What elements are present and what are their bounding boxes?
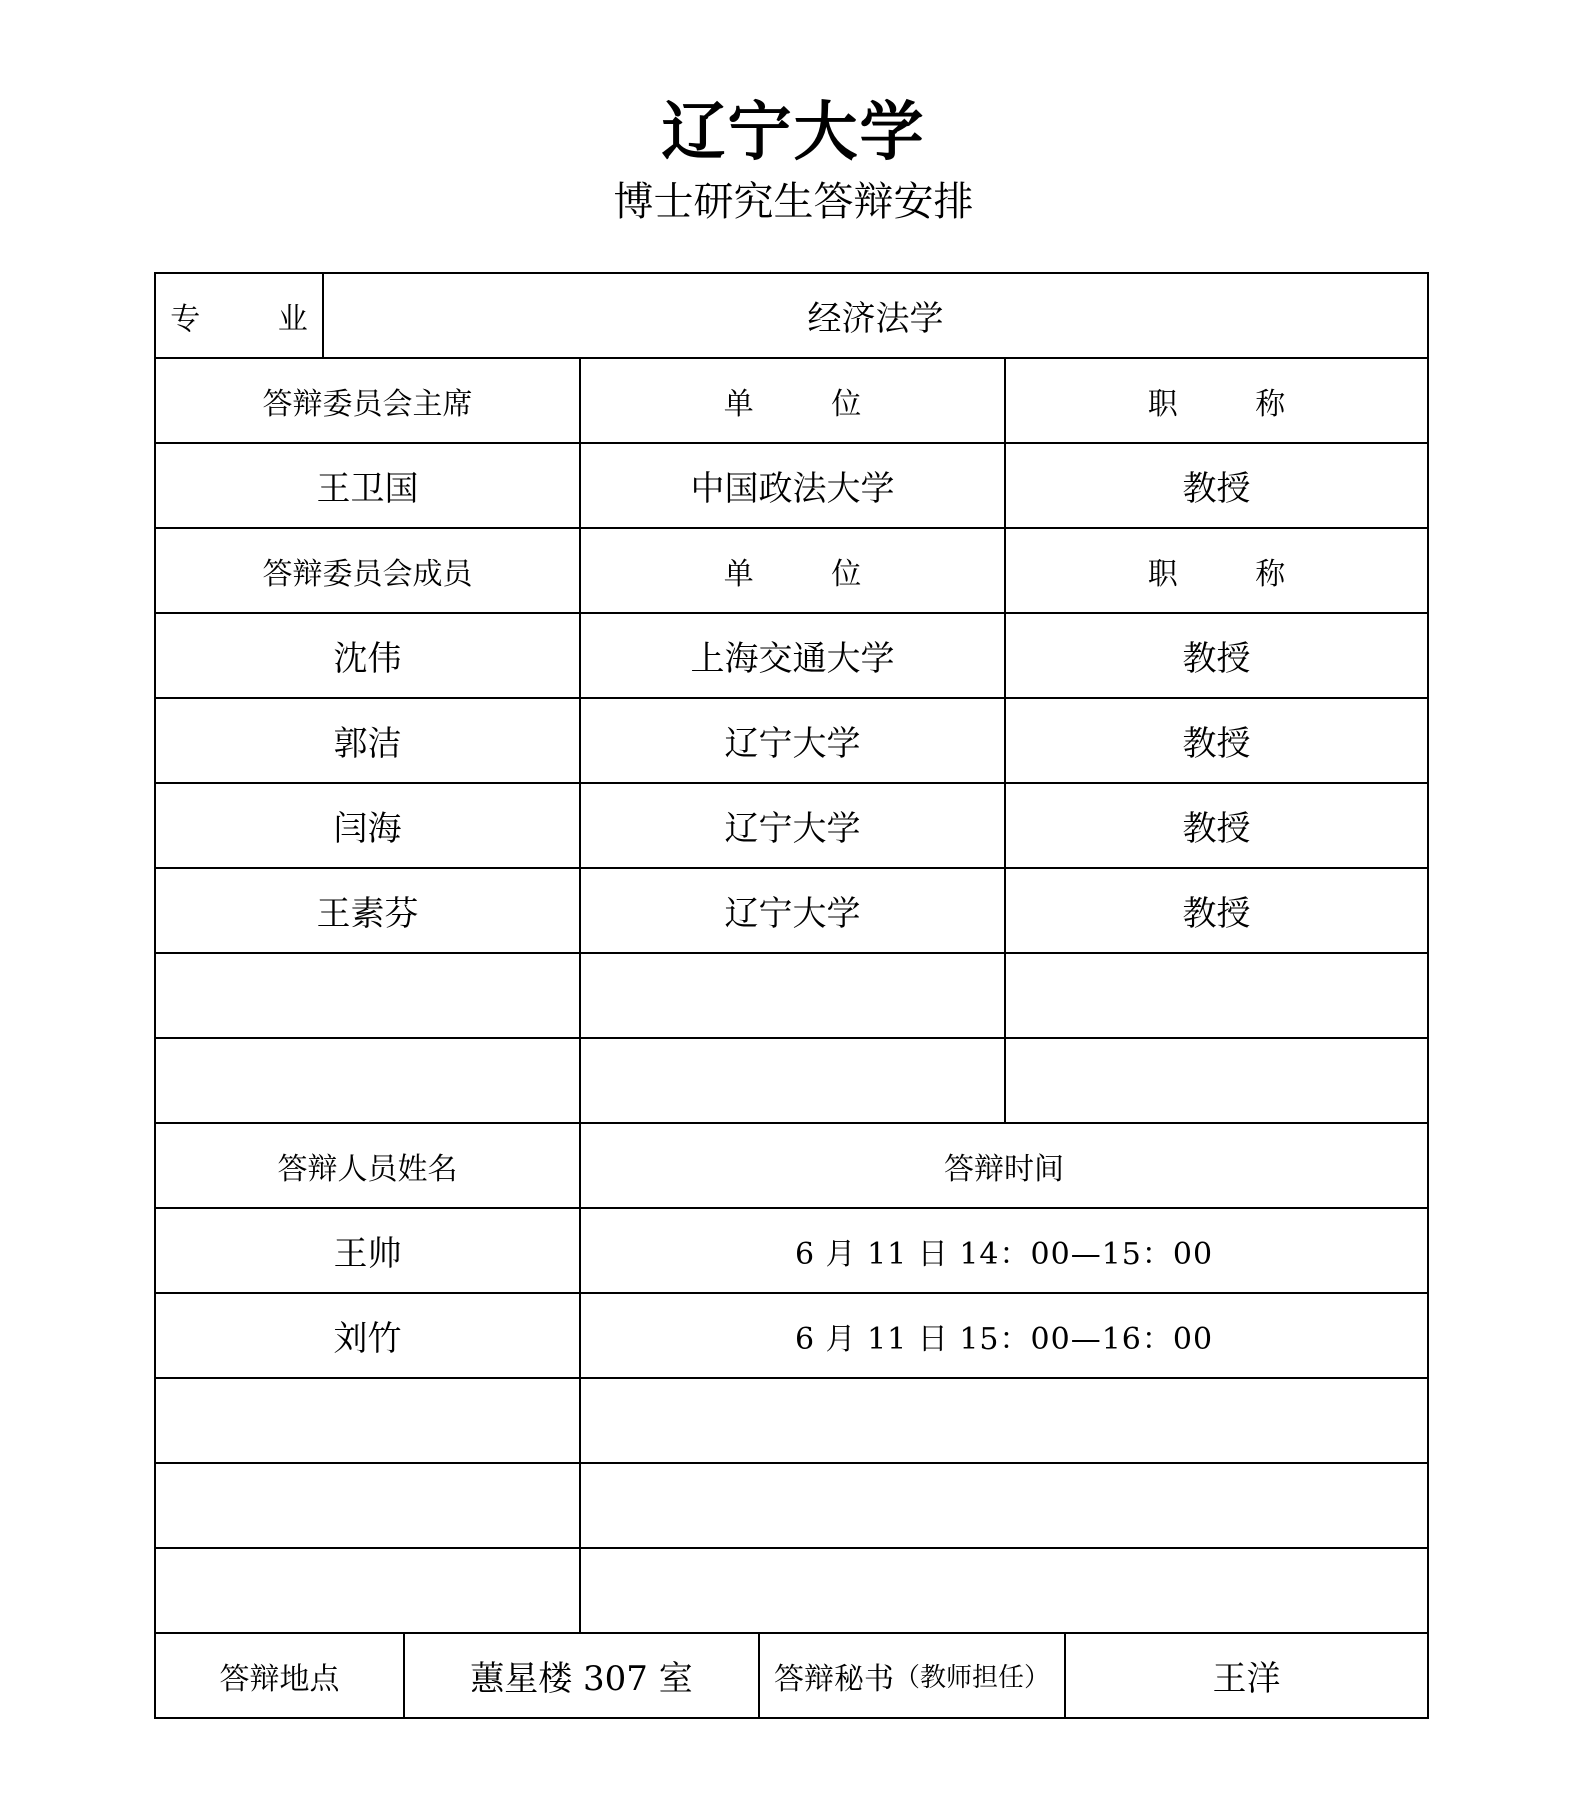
members-header-unit: 单 位: [581, 529, 1006, 614]
member-unit: 辽宁大学: [581, 869, 1006, 954]
defense-row-empty: [156, 1549, 1429, 1634]
defense-row: 王帅 6 月 11 日 14：00—15：00: [156, 1209, 1429, 1294]
chair-header-title: 职 称: [1006, 359, 1429, 444]
members-header-title: 职 称: [1006, 529, 1429, 614]
defense-schedule-table: 专 业 经济法学 答辩委员会主席 单 位 职 称 王卫国 中国政法大学 教授 答…: [154, 272, 1429, 1719]
defense-header-time: 答辩时间: [581, 1124, 1429, 1209]
member-title: [1006, 954, 1429, 1039]
defense-candidate-name: [156, 1549, 581, 1634]
member-name: [156, 954, 581, 1039]
member-unit: 辽宁大学: [581, 699, 1006, 784]
member-title: 教授: [1006, 699, 1429, 784]
location-value: 蕙星楼 307 室: [405, 1634, 760, 1719]
chair-header-unit: 单 位: [581, 359, 1006, 444]
defense-time: [581, 1379, 1429, 1464]
member-name: 闫海: [156, 784, 581, 869]
members-header-role: 答辩委员会成员: [156, 529, 581, 614]
secretary-label-cell: 答辩秘书（教师担任）: [760, 1634, 1066, 1719]
member-row-empty: [156, 1039, 1429, 1124]
secretary-value: 王洋: [1066, 1634, 1429, 1719]
footer-row: 答辩地点 蕙星楼 307 室 答辩秘书（教师担任） 王洋: [156, 1634, 1429, 1719]
defense-time: 6 月 11 日 14：00—15：00: [581, 1209, 1429, 1294]
defense-time: 6 月 11 日 15：00—16：00: [581, 1294, 1429, 1379]
chair-name: 王卫国: [156, 444, 581, 529]
member-row: 沈伟 上海交通大学 教授: [156, 614, 1429, 699]
member-name: 郭洁: [156, 699, 581, 784]
member-row: 闫海 辽宁大学 教授: [156, 784, 1429, 869]
member-unit: 辽宁大学: [581, 784, 1006, 869]
major-row: 专 业 经济法学: [156, 274, 1429, 359]
member-row: 王素芬 辽宁大学 教授: [156, 869, 1429, 954]
member-title: 教授: [1006, 784, 1429, 869]
major-label: 专 业: [156, 274, 324, 359]
defense-time: [581, 1464, 1429, 1549]
document-title: 辽宁大学: [0, 95, 1587, 171]
member-unit: 上海交通大学: [581, 614, 1006, 699]
chair-header-role: 答辩委员会主席: [156, 359, 581, 444]
chair-row: 王卫国 中国政法大学 教授: [156, 444, 1429, 529]
member-row-empty: [156, 954, 1429, 1039]
member-unit: [581, 954, 1006, 1039]
chair-header-row: 答辩委员会主席 单 位 职 称: [156, 359, 1429, 444]
chair-title: 教授: [1006, 444, 1429, 529]
member-title: [1006, 1039, 1429, 1124]
defense-row: 刘竹 6 月 11 日 15：00—16：00: [156, 1294, 1429, 1379]
defense-candidate-name: [156, 1464, 581, 1549]
defense-candidate-name: 刘竹: [156, 1294, 581, 1379]
defense-header-row: 答辩人员姓名 答辩时间: [156, 1124, 1429, 1209]
secretary-label: 答辩秘书: [774, 1654, 894, 1698]
member-title: 教授: [1006, 614, 1429, 699]
defense-row-empty: [156, 1464, 1429, 1549]
location-label: 答辩地点: [156, 1634, 405, 1719]
major-value: 经济法学: [324, 274, 1429, 359]
secretary-note: （教师担任）: [894, 1657, 1050, 1694]
member-name: 王素芬: [156, 869, 581, 954]
defense-row-empty: [156, 1379, 1429, 1464]
member-row: 郭洁 辽宁大学 教授: [156, 699, 1429, 784]
defense-header-name: 答辩人员姓名: [156, 1124, 581, 1209]
member-name: [156, 1039, 581, 1124]
defense-candidate-name: 王帅: [156, 1209, 581, 1294]
defense-candidate-name: [156, 1379, 581, 1464]
member-title: 教授: [1006, 869, 1429, 954]
members-header-row: 答辩委员会成员 单 位 职 称: [156, 529, 1429, 614]
chair-unit: 中国政法大学: [581, 444, 1006, 529]
member-unit: [581, 1039, 1006, 1124]
document-subtitle: 博士研究生答辩安排: [0, 174, 1587, 230]
defense-time: [581, 1549, 1429, 1634]
member-name: 沈伟: [156, 614, 581, 699]
